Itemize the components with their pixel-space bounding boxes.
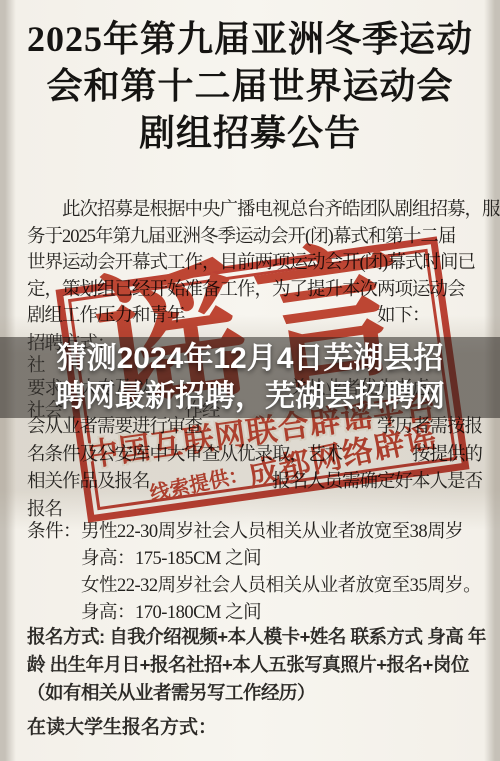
notice-title-line: 剧组招募公告 bbox=[0, 110, 500, 157]
notice-title-line: 会和第十二届世界运动会 bbox=[0, 63, 500, 110]
paragraph-line: 此次招募是根据中央广播电视总台齐皓团队剧组招募，服 bbox=[27, 197, 492, 224]
caption-overlay-band: 猜测2024年12月4日芜湖县招 聘网最新招聘，芜湖县招聘网 bbox=[0, 337, 500, 418]
notice-title-line: 2025年第九届亚洲冬季运动 bbox=[0, 16, 500, 63]
notice-title: 2025年第九届亚洲冬季运动 会和第十二届世界运动会 剧组招募公告 bbox=[0, 16, 500, 157]
application-method: 报名方式: 自我介绍视频+本人模卡+姓名 联系方式 身高 年龄 出生年月日+报名… bbox=[27, 623, 490, 707]
clue-label: 线索提供： bbox=[148, 463, 250, 505]
conditions-section: 条件：男性22-30周岁社会人员相关从业者放宽至38周岁 身高：175-185C… bbox=[27, 519, 481, 627]
caption-line-2: 聘网最新招聘，芜湖县招聘网 bbox=[55, 378, 445, 416]
condition-line: 女性22-32周岁社会人员相关从业者放宽至35周岁。 bbox=[27, 573, 481, 600]
condition-line: 身高：175-185CM 之间 bbox=[27, 546, 481, 573]
student-application-label: 在读大学生报名方式： bbox=[27, 712, 217, 739]
photo-of-notice: 2025年第九届亚洲冬季运动 会和第十二届世界运动会 剧组招募公告 此次招募是根… bbox=[0, 0, 500, 761]
condition-line: 条件：男性22-30周岁社会人员相关从业者放宽至38周岁 bbox=[27, 519, 481, 546]
caption-line-1: 猜测2024年12月4日芜湖县招 bbox=[57, 340, 444, 378]
